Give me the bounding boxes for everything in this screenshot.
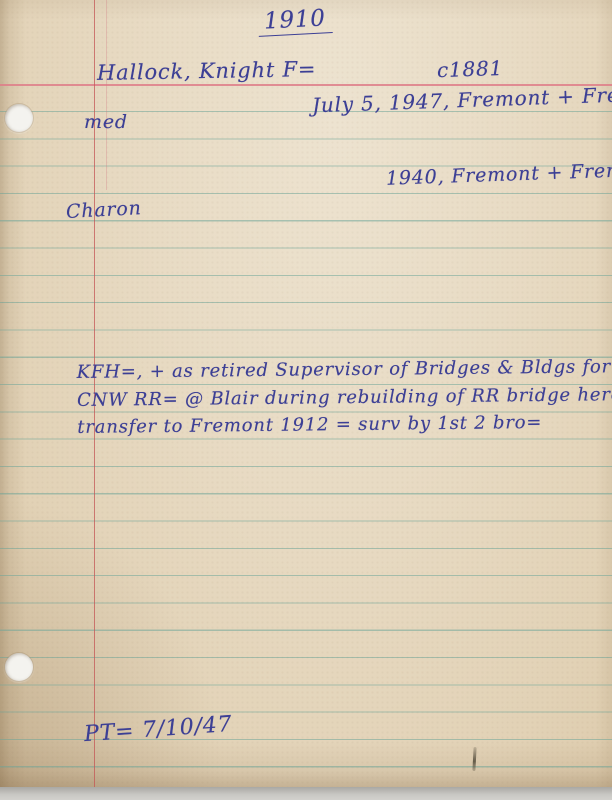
med-note: med — [84, 111, 128, 133]
charon-note: Charon — [65, 197, 142, 223]
punch-hole-top — [5, 104, 33, 132]
entry-birth-year: c1881 — [437, 56, 504, 82]
biography-line-3: transfer to Fremont 1912 = surv by 1st 2… — [77, 408, 612, 441]
notebook-paper: 1910 Hallock, Knight F= c1881 July 5, 19… — [0, 0, 612, 787]
entry-name: Hallock, Knight F= — [97, 57, 317, 85]
scanned-page: 1910 Hallock, Knight F= c1881 July 5, 19… — [0, 0, 612, 800]
heading-year: 1910 — [257, 5, 332, 35]
punch-hole-bottom — [5, 653, 33, 681]
scanner-background-strip — [0, 787, 612, 800]
heading-year-underlined: 1910 — [257, 5, 332, 37]
biography-note: KFH=, + as retired Supervisor of Bridges… — [77, 353, 612, 441]
